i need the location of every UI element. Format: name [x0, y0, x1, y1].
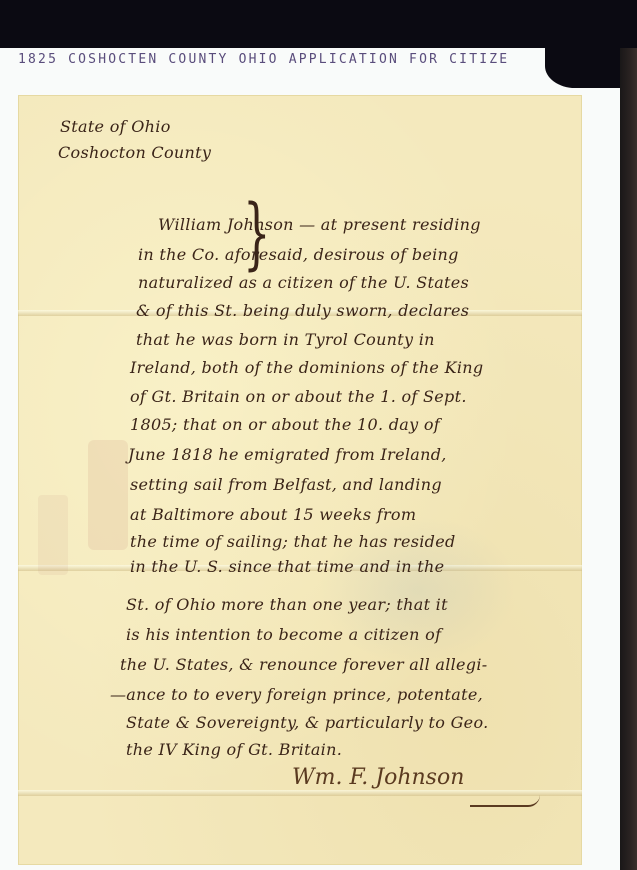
body-line: William Johnson — at present residing	[158, 215, 481, 234]
body-line: —ance to to every foreign prince, potent…	[110, 685, 483, 704]
body-line: naturalized as a citizen of the U. State…	[138, 273, 469, 292]
body-line: June 1818 he emigrated from Ireland,	[128, 445, 447, 464]
body-line: in the Co. aforesaid, desirous of being	[138, 245, 459, 264]
handwritten-caption-label: 1825 COSHOCTEN COUNTY OHIO APPLICATION F…	[18, 52, 558, 67]
body-line: of Gt. Britain on or about the 1. of Sep…	[130, 387, 467, 406]
body-line: is his intention to become a citizen of	[126, 625, 441, 644]
body-line: setting sail from Belfast, and landing	[130, 475, 442, 494]
heading-county: Coshocton County	[58, 143, 211, 162]
body-line: the IV King of Gt. Britain.	[126, 740, 342, 759]
body-line: in the U. S. since that time and in the	[130, 557, 444, 576]
right-edge-shadow	[620, 48, 637, 870]
body-line: Ireland, both of the dominions of the Ki…	[130, 358, 483, 377]
body-line: St. of Ohio more than one year; that it	[126, 595, 448, 614]
body-line: that he was born in Tyrol County in	[136, 330, 435, 349]
faded-stamp-mark	[38, 495, 68, 575]
signature-flourish	[470, 795, 540, 807]
document-page: State of Ohio Coshocton County } William…	[18, 95, 582, 865]
faded-stamp-mark	[88, 440, 128, 550]
body-line: at Baltimore about 15 weeks from	[130, 505, 416, 524]
body-line: State & Sovereignty, & particularly to G…	[126, 713, 489, 732]
body-line: the U. States, & renounce forever all al…	[120, 655, 487, 674]
signature: Wm. F. Johnson	[292, 765, 464, 790]
body-line: 1805; that on or about the 10. day of	[130, 415, 440, 434]
body-line: & of this St. being duly sworn, declares	[136, 301, 469, 320]
heading-state: State of Ohio	[60, 117, 171, 136]
body-line: the time of sailing; that he has resided	[130, 532, 456, 551]
